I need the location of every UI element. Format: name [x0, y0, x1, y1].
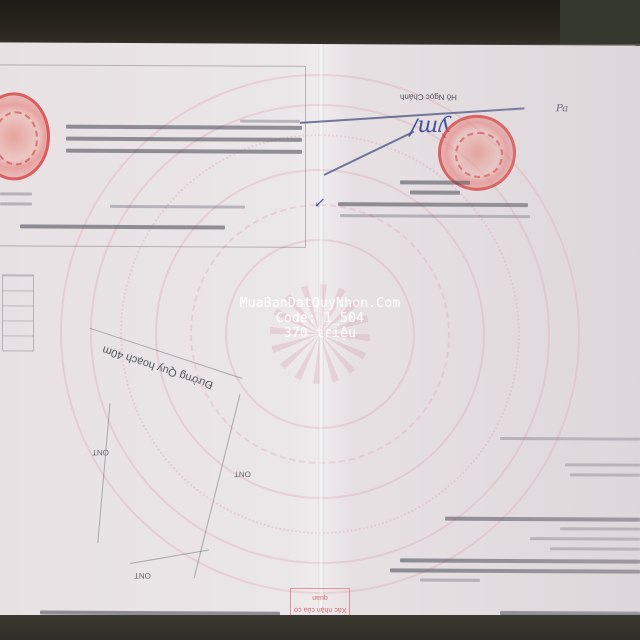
watermark-code: Code: 1_504: [200, 311, 440, 326]
red-seal-right: [438, 115, 516, 191]
watermark-site: MuaBanDatQuyNhon.Com: [200, 296, 440, 311]
plot-label-2: ONT: [234, 470, 251, 479]
photo-backdrop-bottom: [0, 615, 640, 640]
corner-brand-mark: Pa: [556, 103, 568, 114]
watermark-overlay: MuaBanDatQuyNhon.Com Code: 1_504 370 tri…: [200, 296, 440, 341]
plot-label-3: ONT: [134, 571, 151, 580]
confirmation-stamp-box: Xác nhận của cơ quan: [290, 588, 350, 616]
watermark-price: 370 triệu: [200, 326, 440, 341]
coordinate-mini-table: [2, 274, 34, 351]
photo-backdrop-corner: [560, 0, 640, 50]
plot-label-1: ONT: [92, 448, 109, 457]
signer-name: Hồ Ngọc Chánh: [400, 92, 457, 101]
signature-mark: ↗: [314, 194, 326, 210]
